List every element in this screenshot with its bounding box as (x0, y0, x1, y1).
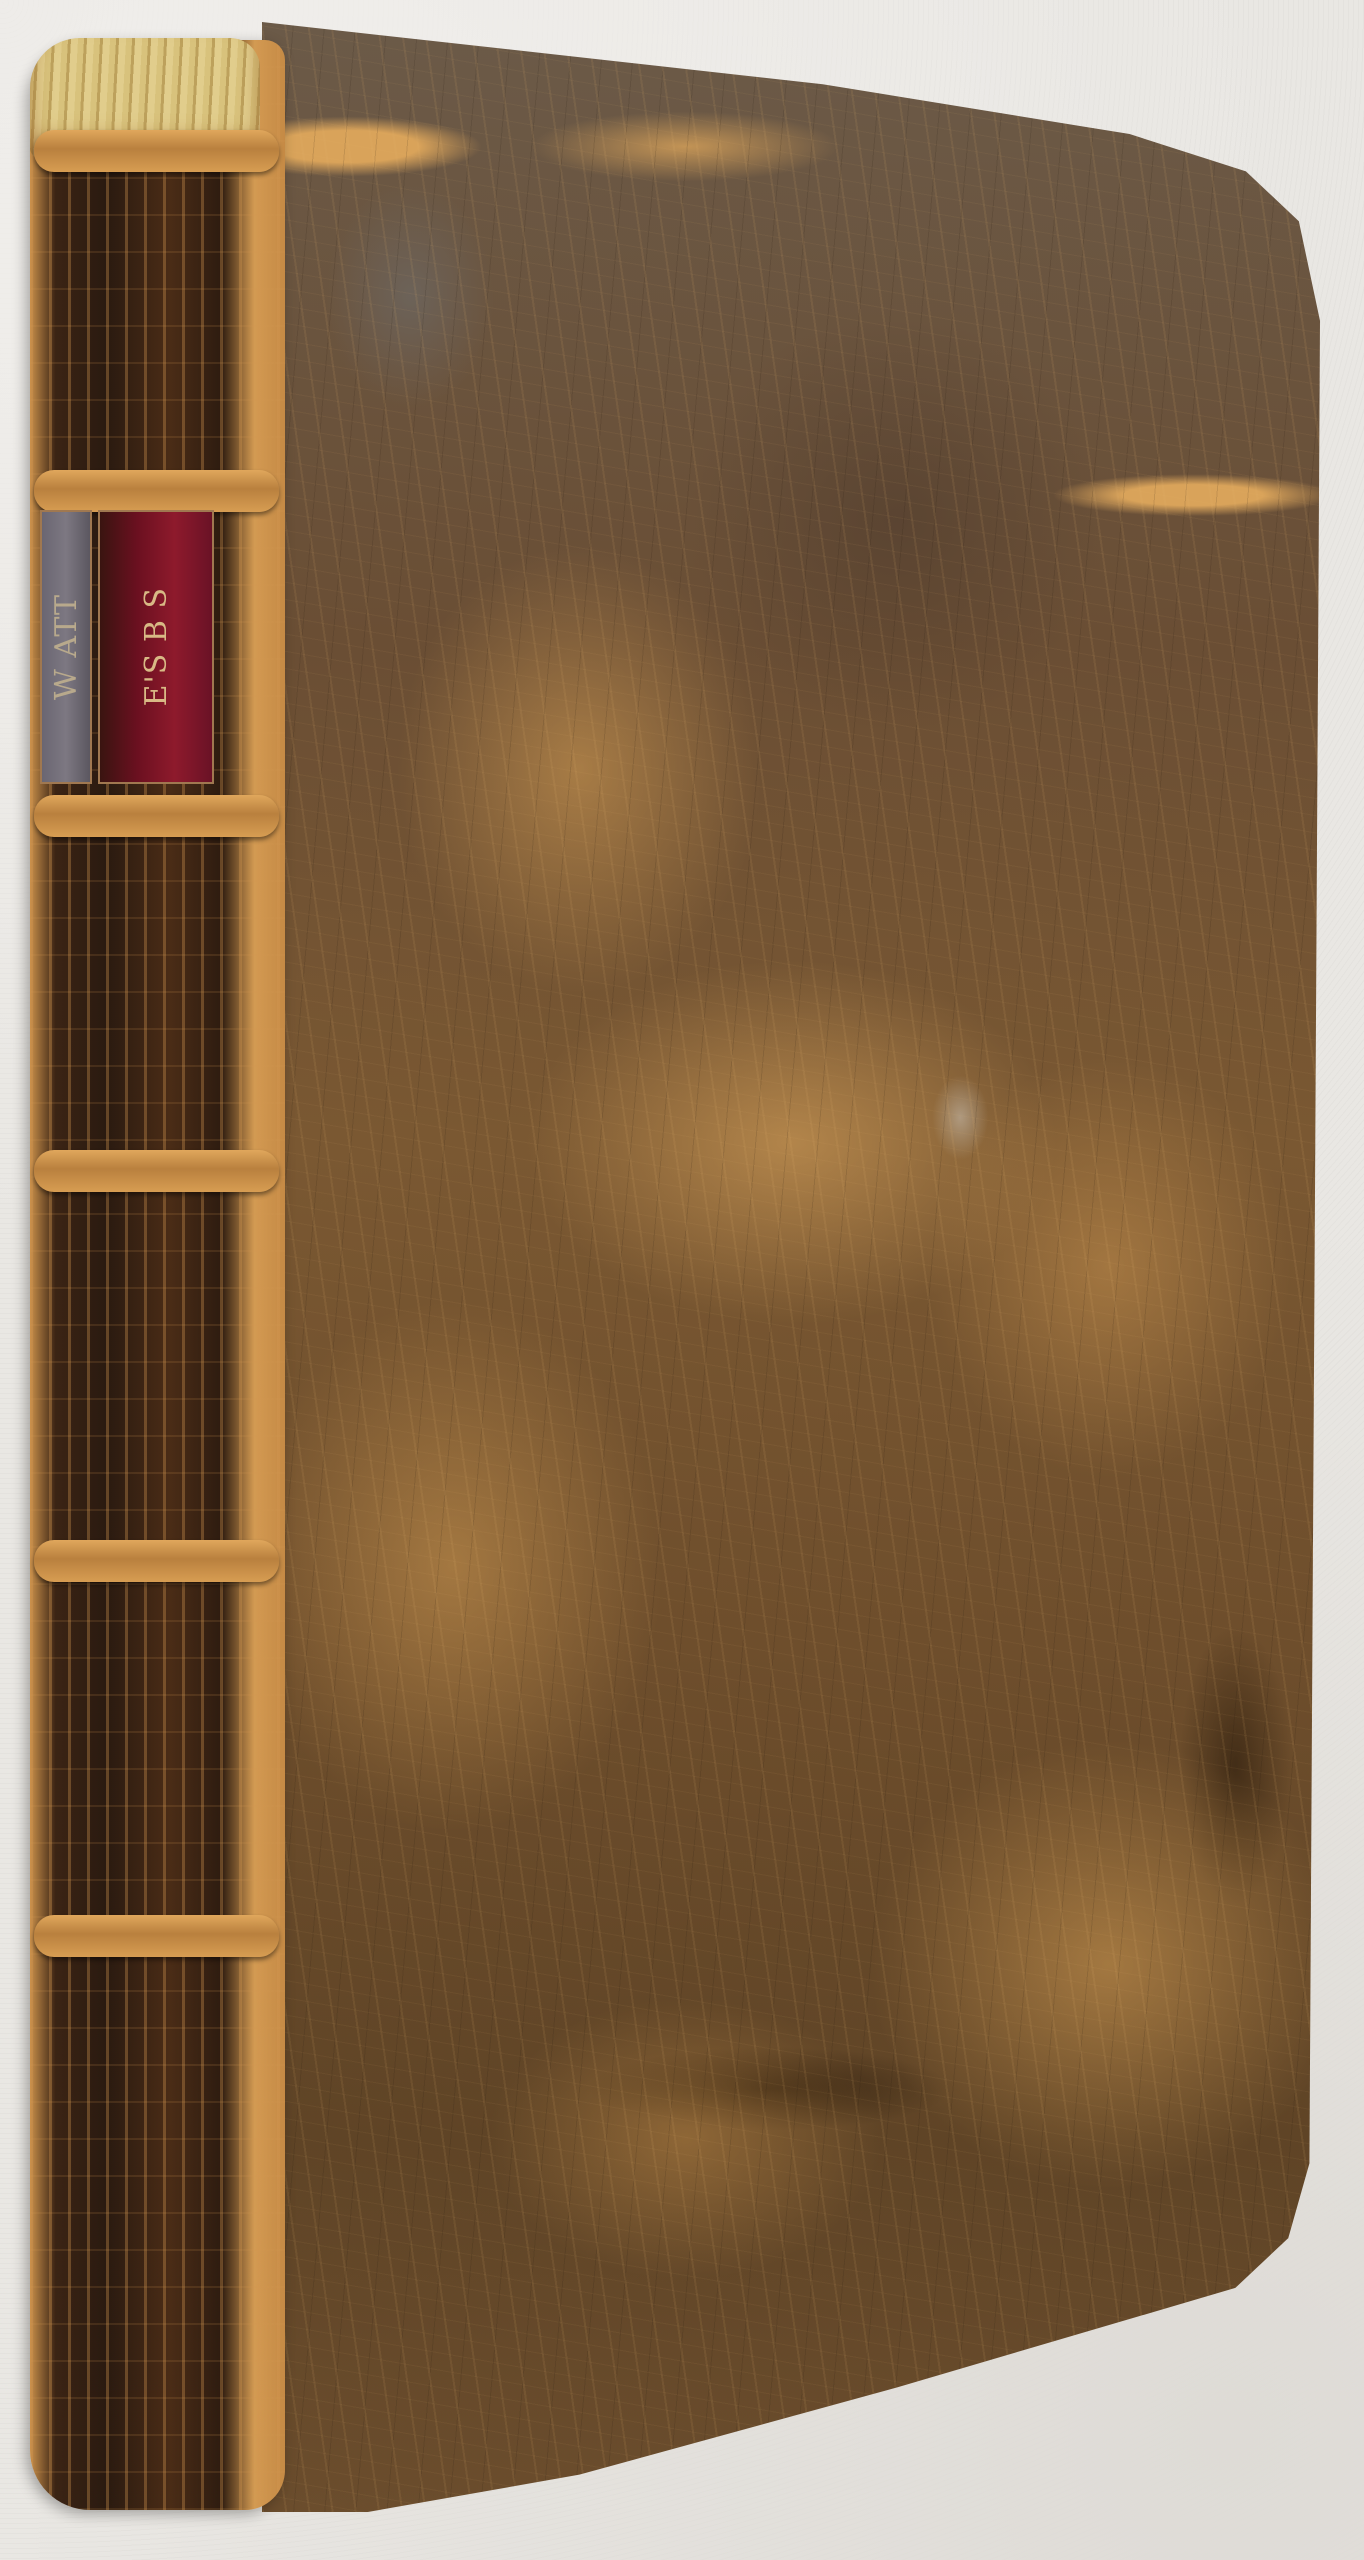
spine-volume-text: E'S B S (139, 587, 174, 706)
spine-raised-band (34, 130, 279, 172)
book-spine (30, 40, 285, 2510)
spine-title-text: W ATT (49, 594, 84, 700)
spine-raised-band (34, 795, 279, 837)
book-front-cover (262, 22, 1320, 2512)
spine-raised-band (34, 1150, 279, 1192)
spine-volume-label: E'S B S (98, 510, 214, 784)
spine-raised-band (34, 1540, 279, 1582)
spine-raised-band (34, 1915, 279, 1957)
photo-scene: W ATT E'S B S (0, 0, 1364, 2560)
spine-title-label: W ATT (40, 510, 92, 784)
spine-raised-band (34, 470, 279, 512)
